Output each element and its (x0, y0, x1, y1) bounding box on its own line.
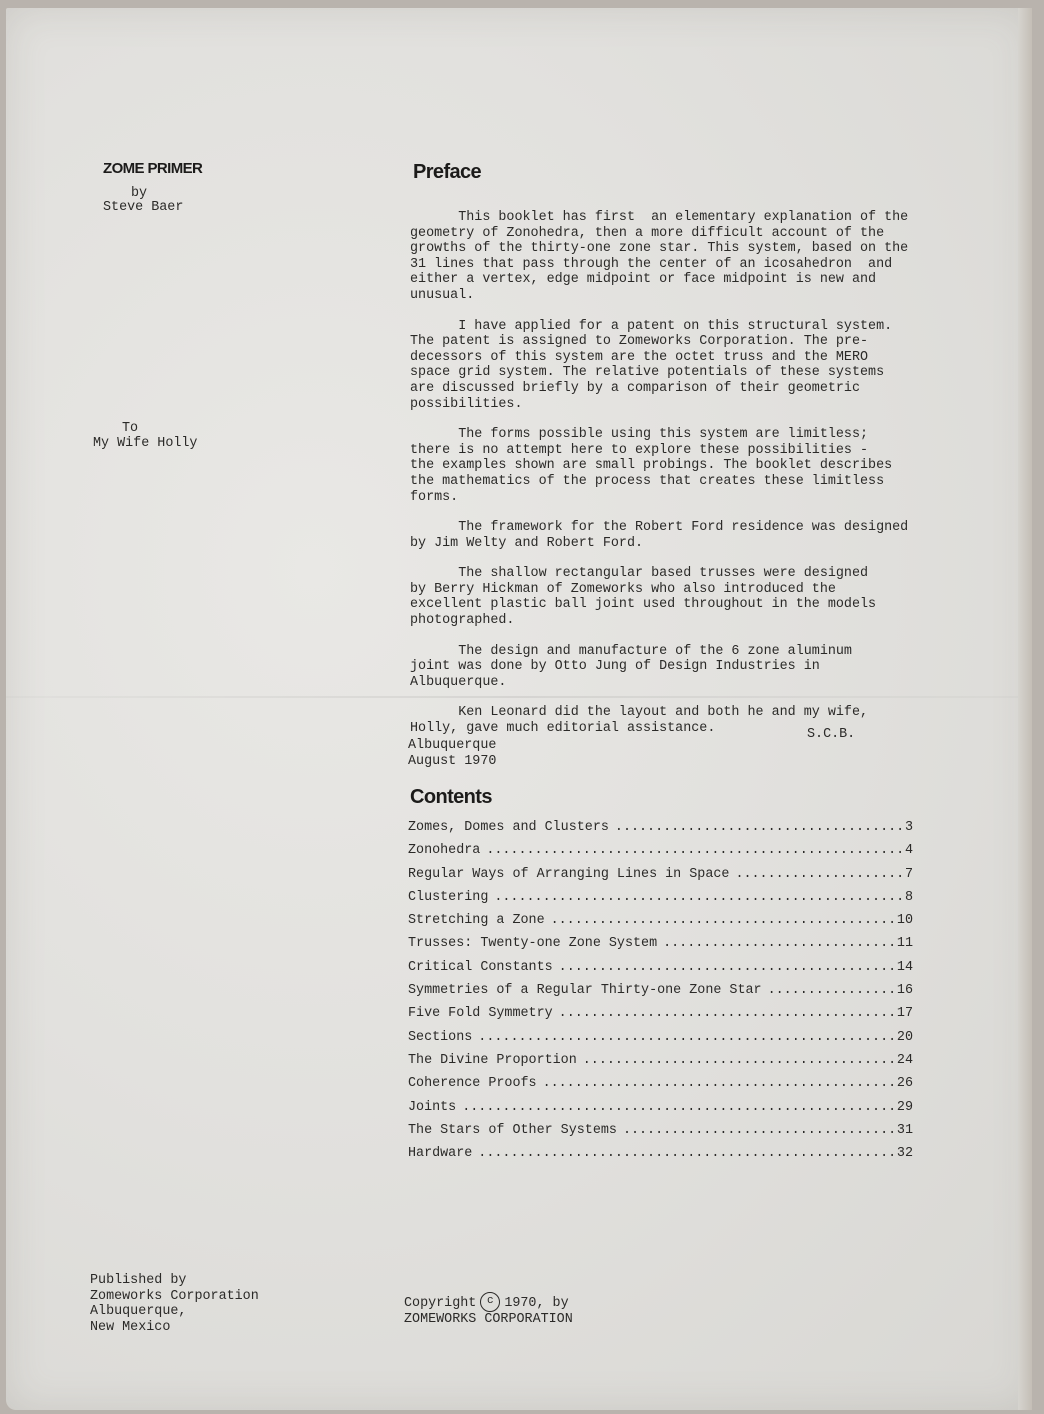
toc-leader-dots (462, 1100, 895, 1116)
publisher-line: Zomeworks Corporation (90, 1289, 259, 1305)
toc-entry: Zonohedra4 (408, 843, 913, 866)
toc-entry: Clustering8 (408, 890, 913, 913)
toc-entry: The Divine Proportion24 (408, 1053, 913, 1076)
author-name: Steve Baer (103, 200, 183, 216)
toc-entry: The Stars of Other Systems31 (408, 1123, 913, 1146)
preface-paragraph: The shallow rectangular based trusses we… (410, 566, 990, 628)
toc-entry-page: 26 (897, 1076, 913, 1092)
copyright-holder: ZOMEWORKS CORPORATION (404, 1312, 573, 1328)
booklet-title: ZOME PRIMER (103, 160, 202, 177)
toc-leader-dots (583, 1053, 895, 1069)
toc-entry-title: Clustering (408, 890, 488, 906)
toc-entry-title: Zomes, Domes and Clusters (408, 820, 609, 836)
publisher-line: New Mexico (90, 1320, 259, 1336)
preface-paragraph: This booklet has first an elementary exp… (410, 210, 990, 304)
toc-entry: Hardware32 (408, 1146, 913, 1169)
toc-entry-page: 31 (897, 1123, 913, 1139)
contents-heading: Contents (410, 786, 492, 809)
toc-entry-title: Coherence Proofs (408, 1076, 537, 1092)
page-edge (1018, 8, 1032, 1410)
toc-entry-page: 10 (897, 913, 913, 929)
preface-place: Albuquerque (408, 738, 496, 754)
toc-entry-title: Stretching a Zone (408, 913, 545, 929)
preface-body: This booklet has first an elementary exp… (410, 210, 990, 752)
toc-leader-dots (478, 1030, 895, 1046)
toc-entry-title: Joints (408, 1100, 456, 1116)
toc-entry-page: 24 (897, 1053, 913, 1069)
toc-leader-dots (543, 1076, 895, 1092)
toc-entry: Five Fold Symmetry17 (408, 1006, 913, 1029)
toc-entry: Coherence Proofs26 (408, 1076, 913, 1099)
copyright-year: 1970, by (504, 1296, 568, 1311)
copyright-notice: Copyrightc1970, by ZOMEWORKS CORPORATION (404, 1292, 573, 1328)
toc-entry: Stretching a Zone10 (408, 913, 913, 936)
preface-place-date: Albuquerque August 1970 (408, 738, 496, 769)
publisher-line: Published by (90, 1273, 259, 1289)
toc-leader-dots (615, 820, 903, 836)
toc-entry-page: 32 (897, 1146, 913, 1162)
toc-leader-dots (559, 960, 895, 976)
dedication-to: To (122, 421, 138, 437)
toc-entry-title: Five Fold Symmetry (408, 1006, 553, 1022)
toc-entry-page: 14 (897, 960, 913, 976)
toc-entry-title: Hardware (408, 1146, 472, 1162)
table-of-contents: Zomes, Domes and Clusters3Zonohedra4Regu… (408, 820, 913, 1169)
toc-entry-title: Sections (408, 1030, 472, 1046)
toc-entry: Trusses: Twenty-one Zone System11 (408, 936, 913, 959)
toc-entry: Symmetries of a Regular Thirty-one Zone … (408, 983, 913, 1006)
toc-entry: Joints29 (408, 1100, 913, 1123)
toc-entry-title: Trusses: Twenty-one Zone System (408, 936, 657, 952)
copyright-prefix: Copyright (404, 1296, 476, 1311)
toc-entry: Critical Constants14 (408, 960, 913, 983)
toc-leader-dots (768, 983, 895, 999)
toc-entry: Zomes, Domes and Clusters3 (408, 820, 913, 843)
toc-entry-page: 17 (897, 1006, 913, 1022)
dedication-name: My Wife Holly (93, 436, 197, 452)
toc-entry-page: 29 (897, 1100, 913, 1116)
toc-entry-page: 3 (905, 820, 913, 836)
publisher-line: Albuquerque, (90, 1304, 259, 1320)
toc-entry: Regular Ways of Arranging Lines in Space… (408, 867, 913, 890)
preface-paragraph: Ken Leonard did the layout and both he a… (410, 705, 990, 736)
toc-entry-page: 16 (897, 983, 913, 999)
preface-date: August 1970 (408, 754, 496, 770)
toc-leader-dots (486, 843, 903, 859)
preface-paragraph: The design and manufacture of the 6 zone… (410, 644, 990, 691)
toc-entry-title: Regular Ways of Arranging Lines in Space (408, 867, 729, 883)
toc-entry-title: The Stars of Other Systems (408, 1123, 617, 1139)
toc-entry-title: Symmetries of a Regular Thirty-one Zone … (408, 983, 762, 999)
toc-leader-dots (623, 1123, 895, 1139)
toc-entry: Sections20 (408, 1030, 913, 1053)
toc-leader-dots (663, 936, 895, 952)
toc-leader-dots (735, 867, 903, 883)
toc-entry-title: Zonohedra (408, 843, 480, 859)
toc-entry-title: The Divine Proportion (408, 1053, 577, 1069)
preface-heading: Preface (413, 161, 481, 184)
toc-entry-page: 8 (905, 890, 913, 906)
preface-paragraph: The forms possible using this system are… (410, 427, 990, 505)
toc-entry-page: 11 (897, 936, 913, 952)
copyright-icon: c (480, 1292, 500, 1312)
publisher-info: Published byZomeworks CorporationAlbuque… (90, 1273, 259, 1335)
toc-entry-page: 7 (905, 867, 913, 883)
toc-entry-title: Critical Constants (408, 960, 553, 976)
preface-paragraph: I have applied for a patent on this stru… (410, 319, 990, 413)
signature-initials: S.C.B. (807, 727, 855, 743)
toc-entry-page: 4 (905, 843, 913, 859)
toc-leader-dots (494, 890, 903, 906)
toc-entry-page: 20 (897, 1030, 913, 1046)
toc-leader-dots (551, 913, 895, 929)
toc-leader-dots (559, 1006, 895, 1022)
preface-paragraph: The framework for the Robert Ford reside… (410, 520, 990, 551)
toc-leader-dots (478, 1146, 895, 1162)
